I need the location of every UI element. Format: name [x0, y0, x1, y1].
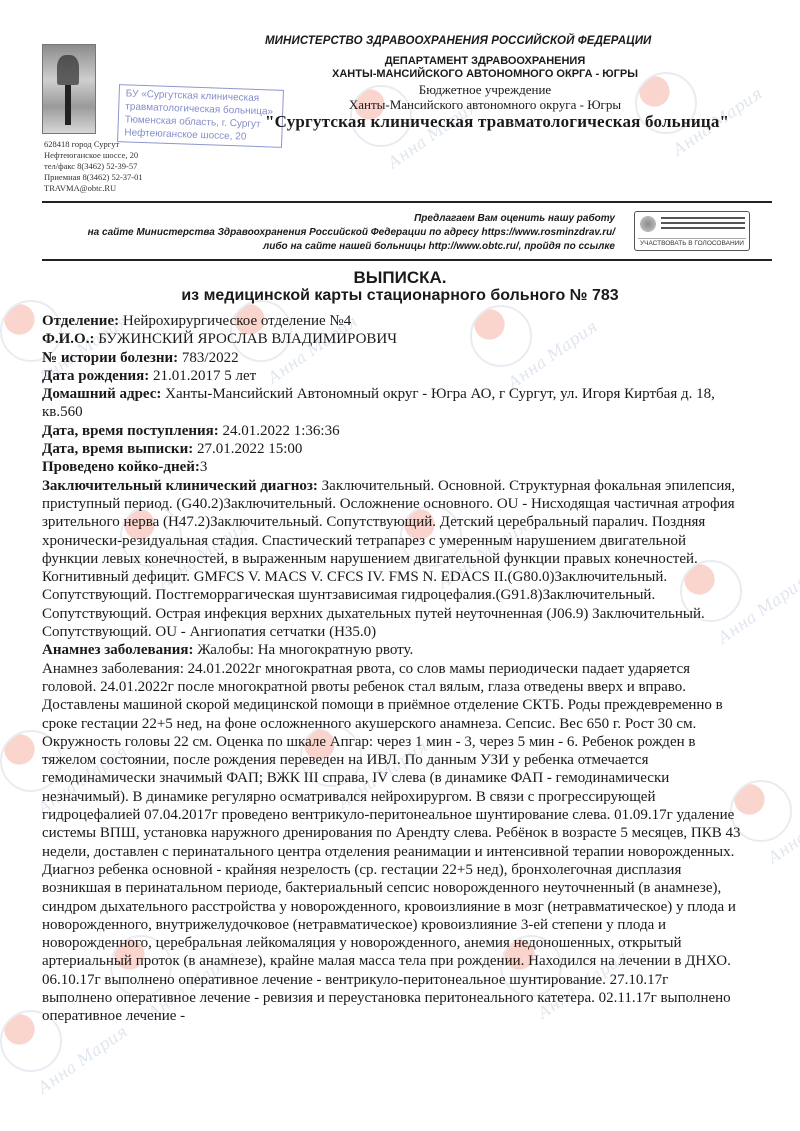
field-label: Анамнез заболевания:	[42, 642, 193, 658]
field-bed-days: Проведено койко-дней:3	[42, 458, 742, 476]
field-label: Заключительный клинический диагноз:	[42, 478, 318, 494]
field-value: Нейрохирургическое отделение №4	[119, 313, 351, 329]
badge-text-lines	[661, 217, 745, 232]
rating-link-minzdrav[interactable]: на сайте Министерства Здравоохранения Ро…	[0, 226, 615, 240]
field-label: Проведено койко-дней:	[42, 459, 200, 475]
discharge-content: Отделение: Нейрохирургическое отделение …	[42, 312, 742, 1026]
field-discharge-date: Дата, время выписки: 27.01.2022 15:00	[42, 440, 742, 458]
field-home-address: Домашний адрес: Ханты-Мансийский Автоном…	[42, 385, 742, 422]
field-label: Дата, время поступления:	[42, 423, 219, 439]
field-admission-date: Дата, время поступления: 24.01.2022 1:36…	[42, 422, 742, 440]
field-value: 783/2022	[178, 350, 238, 366]
field-value: 21.01.2017 5 лет	[149, 368, 256, 384]
vote-button-label: УЧАСТВОВАТЬ В ГОЛОСОВАНИИ	[638, 238, 746, 247]
address-email: TRAVMA@obtc.RU	[44, 183, 143, 194]
document-subtitle: из медицинской карты стационарного больн…	[0, 287, 800, 305]
institution-type: Бюджетное учреждение	[260, 82, 710, 98]
field-label: Дата рождения:	[42, 368, 149, 384]
field-birth-date: Дата рождения: 21.01.2017 5 лет	[42, 367, 742, 385]
field-value: Заключительный. Основной. Структурная фо…	[42, 478, 735, 640]
field-value: Жалобы: На многократную рвоту.	[193, 642, 413, 658]
header-divider	[42, 201, 772, 203]
ministry-name: МИНИСТЕРСТВО ЗДРАВООХРАНЕНИЯ РОССИЙСКОЙ …	[265, 35, 651, 47]
rating-link-hospital[interactable]: либо на сайте нашей больницы http://www.…	[0, 240, 615, 254]
field-label: Домашний адрес:	[42, 386, 161, 402]
hospital-stamp: БУ «Сургутская клиническая травматологич…	[117, 84, 284, 148]
rating-invitation: Предлагаем Вам оценить нашу работу на са…	[0, 212, 615, 254]
rating-line: Предлагаем Вам оценить нашу работу	[0, 212, 615, 226]
field-label: Отделение:	[42, 313, 119, 329]
field-department: Отделение: Нейрохирургическое отделение …	[42, 312, 742, 330]
region-name: Ханты-Мансийского автономного округа - Ю…	[260, 97, 710, 113]
hospital-address: 628418 город Сургут Нефтеюганское шоссе,…	[44, 139, 143, 194]
anamnesis-text: Анамнез заболевания: 24.01.2022г многокр…	[42, 660, 742, 1026]
field-value: БУЖИНСКИЙ ЯРОСЛАВ ВЛАДИМИРОВИЧ	[94, 331, 397, 347]
russia-emblem-icon	[640, 216, 656, 232]
department-line1: ДЕПАРТАМЕНТ ЗДРАВООХРАНЕНИЯ	[260, 55, 710, 67]
field-patient-name: Ф.И.О.: БУЖИНСКИЙ ЯРОСЛАВ ВЛАДИМИРОВИЧ	[42, 330, 742, 348]
address-phone: тел/факс 8(3462) 52-39-57	[44, 161, 143, 172]
field-label: № истории болезни:	[42, 350, 178, 366]
vote-badge[interactable]: УЧАСТВОВАТЬ В ГОЛОСОВАНИИ	[634, 211, 750, 251]
document-title: ВЫПИСКА.	[0, 268, 800, 288]
field-value: 3	[200, 459, 208, 475]
field-history-number: № истории болезни: 783/2022	[42, 349, 742, 367]
field-label: Ф.И.О.:	[42, 331, 94, 347]
address-line: Нефтеюганское шоссе, 20	[44, 150, 143, 161]
rating-divider	[42, 259, 772, 261]
hospital-name: "Сургутская клиническая травматологическ…	[265, 112, 729, 132]
field-value: 27.01.2022 15:00	[193, 441, 302, 457]
field-label: Дата, время выписки:	[42, 441, 193, 457]
field-final-diagnosis: Заключительный клинический диагноз: Закл…	[42, 477, 742, 642]
hospital-logo-icon	[42, 44, 96, 134]
field-value: 24.01.2022 1:36:36	[219, 423, 340, 439]
department-line2: ХАНТЫ-МАНСИЙСКОГО АВТОНОМНОГО ОКРГА - ЮГ…	[260, 68, 710, 80]
address-reception: Приемная 8(3462) 52-37-01	[44, 172, 143, 183]
field-anamnesis-complaints: Анамнез заболевания: Жалобы: На многокра…	[42, 641, 742, 659]
